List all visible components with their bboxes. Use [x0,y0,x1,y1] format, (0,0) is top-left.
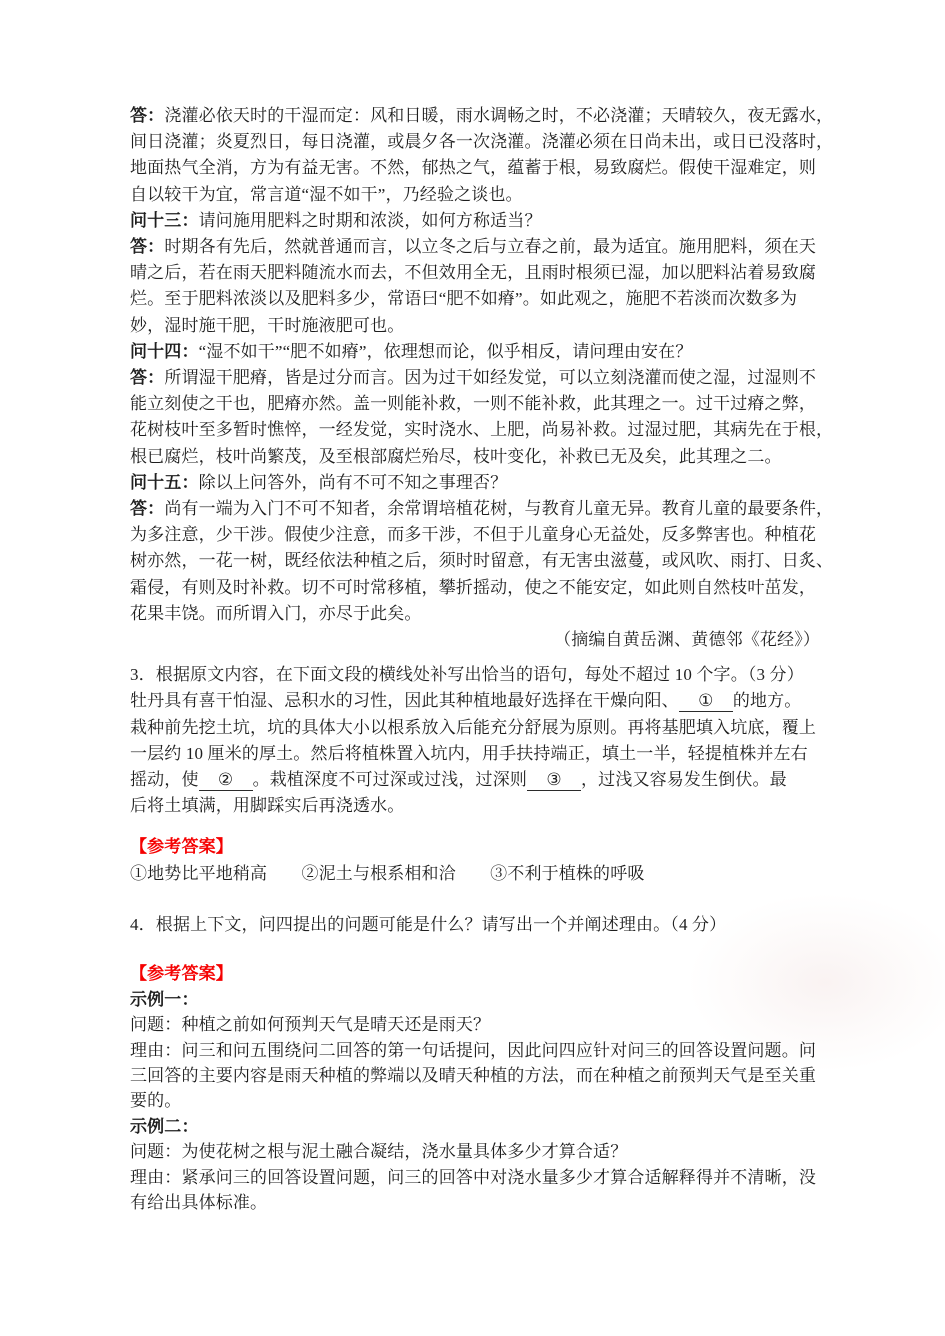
bold-label: 答： [130,368,164,387]
text-segment: 栽种前先挖土坑，坑的具体大小以根系放入后能充分舒展为原则。再将基肥填入坑底，覆上 [130,718,816,737]
document-content: 答：浇灌必依天时的干湿而定：风和日暖，雨水调畅之时，不必浇灌；天晴较久，夜无露水… [130,0,820,1215]
text-segment: 4．根据上下文，问四提出的问题可能是什么？请写出一个并阐述理由。（4 分） [130,915,726,934]
fill-in-blank-①: ① [679,691,733,712]
text-segment: 三回答的主要内容是雨天种植的弊端以及晴天种植的方法，而在种植之前预判天气是至关重 [130,1066,816,1085]
text-segment: 晴之后，若在雨天肥料随流水而去，不但效用全无，且雨时根须已湿，加以肥料沾着易致腐 [130,263,816,282]
text-segment: 所谓湿干肥瘠，皆是过分而言。因为过干如经发觉，可以立刻浇灌而使之湿，过湿则不 [164,368,816,387]
text-line: 摇动，使②。栽植深度不可过深或过浅，过深则③，过浅又容易发生倒伏。最 [130,767,820,793]
text-line: 问十五：除以上问答外，尚有不可不知之事理否？ [130,470,820,496]
text-line: 根已腐烂，枝叶尚繁茂，及至根部腐烂殆尽，枝叶变化，补救已无及矣，此其理之二。 [130,444,820,470]
text-line: 示例一： [130,987,820,1012]
text-line: 理由：紧承问三的回答设置问题，问三的回答中对浇水量多少才算合适解释得并不清晰，没 [130,1165,820,1190]
text-segment: 尚有一端为入门不可不知者，余常谓培植花树，与教育儿童无异。教育儿童的最要条件， [164,499,833,518]
text-line: 答：尚有一端为入门不可不知者，余常谓培植花树，与教育儿童无异。教育儿童的最要条件… [130,496,820,522]
text-segment: 自以较干为宜，常言道“湿不如干”，乃经验之谈也。 [130,185,523,204]
source-attribution-line: （摘编自黄岳渊、黄德邻《花经》） [130,627,820,653]
text-line: 问题：为使花树之根与泥土融合凝结，浇水量具体多少才算合适？ [130,1139,820,1164]
text-segment: 烂。至于肥料浓淡以及肥料多少，常语曰“肥不如瘠”。如此观之，施肥不若淡而次数多为 [130,289,797,308]
bold-label: 问十五： [130,473,199,492]
text-line: 有给出具体标准。 [130,1190,820,1215]
text-segment: 理由：问三和问五围绕问二回答的第一句话提问，因此问四应针对问三的回答设置问题。问 [130,1041,816,1060]
text-line: 答：时期各有先后，然就普通而言，以立冬之后与立春之前，最为适宜。施用肥料，须在天 [130,234,820,260]
text-segment: “湿不如干”“肥不如瘠”，依理想而论，似乎相反，请问理由安在？ [199,342,693,361]
text-line: 答：所谓湿干肥瘠，皆是过分而言。因为过干如经发觉，可以立刻浇灌而使之湿，过湿则不 [130,365,820,391]
passage-qa-block: 答：浇灌必依天时的干湿而定：风和日暖，雨水调畅之时，不必浇灌；天晴较久，夜无露水… [130,103,820,653]
text-segment: 根已腐烂，枝叶尚繁茂，及至根部腐烂殆尽，枝叶变化，补救已无及矣，此其理之二。 [130,447,782,466]
text-line: 树亦然，一花一树，既经依法种植之后，须时时留意，有无害虫滋蔓，或风吹、雨打、日炙… [130,548,820,574]
text-line: 烂。至于肥料浓淡以及肥料多少，常语曰“肥不如瘠”。如此观之，施肥不若淡而次数多为 [130,286,820,312]
bold-label: 示例二： [130,1117,199,1136]
bold-label: 问十三： [130,211,199,230]
reference-answer-heading: 【参考答案】 [130,964,233,983]
text-line: 问十三：请问施用肥料之时期和浓淡，如何方称适当？ [130,208,820,234]
text-segment: 后将土填满，用脚踩实后再浇透水。 [130,796,404,815]
text-line: 为多注意，少干涉。假使少注意，而多干涉，不但于儿童身心无益处，反多弊害也。种植花 [130,522,820,548]
text-line: 能立刻使之干也，肥瘠亦然。盖一则能补救，一则不能补救，此其理之一。过干过瘠之弊， [130,391,820,417]
text-segment: 有给出具体标准。 [130,1193,267,1212]
text-segment: 花树枝叶至多暂时憔悴，一经发觉，实时浇水、上肥，尚易补救。过湿过肥，其病先在于根… [130,420,833,439]
question-4-block: 4．根据上下文，问四提出的问题可能是什么？请写出一个并阐述理由。（4 分） [130,912,820,938]
text-segment: ，过浅又容易发生倒伏。最 [581,770,787,789]
text-line: 三回答的主要内容是雨天种植的弊端以及晴天种植的方法，而在种植之前预判天气是至关重 [130,1063,820,1088]
text-segment: （摘编自黄岳渊、黄德邻《花经》） [554,630,820,649]
text-segment: 请问施用肥料之时期和浓淡，如何方称适当？ [199,211,542,230]
fill-in-blank-②: ② [199,770,253,791]
text-segment: 要的。 [130,1091,181,1110]
text-segment: 问题：为使花树之根与泥土融合凝结，浇水量具体多少才算合适？ [130,1142,627,1161]
bold-label: 答： [130,237,164,256]
fill-in-blank-③: ③ [527,770,581,791]
text-segment: ①地势比平地稍高 ②泥土与根系相和洽 ③不利于植株的呼吸 [130,864,645,883]
bold-label: 问十四： [130,342,199,361]
text-segment: 浇灌必依天时的干湿而定：风和日暖，雨水调畅之时，不必浇灌；天晴较久，夜无露水， [164,106,833,125]
text-line: 【参考答案】 [130,961,820,986]
text-line: 4．根据上下文，问四提出的问题可能是什么？请写出一个并阐述理由。（4 分） [130,912,820,938]
bold-label: 示例一： [130,990,199,1009]
text-segment: 问题：种植之前如何预判天气是晴天还是雨天？ [130,1015,490,1034]
bold-label: 答： [130,499,164,518]
text-line: 间日浇灌；炎夏烈日，每日浇灌，或晨夕各一次浇灌。浇灌必须在日尚未出，或日已没落时… [130,129,820,155]
text-line: 自以较干为宜，常言道“湿不如干”，乃经验之谈也。 [130,182,820,208]
text-segment: 3．根据原文内容，在下面文段的横线处补写出恰当的语句，每处不超过 10 个字。（… [130,665,804,684]
text-segment: 霜侵，有则及时补救。切不可时常移植，攀折摇动，使之不能安定，如此则自然枝叶茁发， [130,578,816,597]
text-segment: 一层约 10 厘米的厚土。然后将植株置入坑内，用手扶持端正，填土一半，轻提植株并… [130,744,808,763]
text-segment: 能立刻使之干也，肥瘠亦然。盖一则能补救，一则不能补救，此其理之一。过干过瘠之弊， [130,394,816,413]
text-segment: 树亦然，一花一树，既经依法种植之后，须时时留意，有无害虫滋蔓，或风吹、雨打、日炙… [130,551,833,570]
text-line: 要的。 [130,1088,820,1113]
text-line: 栽种前先挖土坑，坑的具体大小以根系放入后能充分舒展为原则。再将基肥填入坑底，覆上 [130,715,820,741]
text-line: 花果丰饶。而所谓入门，亦尽于此矣。 [130,601,820,627]
text-segment: 花果丰饶。而所谓入门，亦尽于此矣。 [130,604,422,623]
text-segment: 时期各有先后，然就普通而言，以立冬之后与立春之前，最为适宜。施用肥料，须在天 [164,237,816,256]
question-3-block: 3．根据原文内容，在下面文段的横线处补写出恰当的语句，每处不超过 10 个字。（… [130,662,820,819]
bold-label: 答： [130,106,164,125]
text-line: 理由：问三和问五围绕问二回答的第一句话提问，因此问四应针对问三的回答设置问题。问 [130,1038,820,1063]
text-segment: 地面热气全消，方为有益无害。不然，郁热之气，蕴蓄于根，易致腐烂。假使干湿难定，则 [130,158,816,177]
text-segment: 摇动，使 [130,770,199,789]
reference-answer-heading: 【参考答案】 [130,837,233,856]
reference-answer-4-block: 【参考答案】示例一：问题：种植之前如何预判天气是晴天还是雨天？理由：问三和问五围… [130,961,820,1215]
text-line: 问题：种植之前如何预判天气是晴天还是雨天？ [130,1012,820,1037]
text-segment: 。栽植深度不可过深或过浅，过深则 [253,770,527,789]
text-segment: 理由：紧承问三的回答设置问题，问三的回答中对浇水量多少才算合适解释得并不清晰，没 [130,1168,816,1187]
text-segment: 妙，湿时施干肥，干时施液肥可也。 [130,316,404,335]
text-segment: 为多注意，少干涉。假使少注意，而多干涉，不但于儿童身心无益处，反多弊害也。种植花 [130,525,816,544]
text-segment: 牡丹具有喜干怕湿、忌积水的习性，因此其种植地最好选择在干燥向阳、 [130,691,679,710]
text-line: 花树枝叶至多暂时憔悴，一经发觉，实时浇水、上肥，尚易补救。过湿过肥，其病先在于根… [130,417,820,443]
text-line: 【参考答案】 [130,834,820,860]
text-line: 示例二： [130,1114,820,1139]
text-line: 一层约 10 厘米的厚土。然后将植株置入坑内，用手扶持端正，填土一半，轻提植株并… [130,741,820,767]
text-line: 问十四：“湿不如干”“肥不如瘠”，依理想而论，似乎相反，请问理由安在？ [130,339,820,365]
reference-answer-3-block: 【参考答案】①地势比平地稍高 ②泥土与根系相和洽 ③不利于植株的呼吸 [130,834,820,887]
text-line: 霜侵，有则及时补救。切不可时常移植，攀折摇动，使之不能安定，如此则自然枝叶茁发， [130,575,820,601]
text-line: 牡丹具有喜干怕湿、忌积水的习性，因此其种植地最好选择在干燥向阳、①的地方。 [130,688,820,714]
text-line: 妙，湿时施干肥，干时施液肥可也。 [130,313,820,339]
text-segment: 间日浇灌；炎夏烈日，每日浇灌，或晨夕各一次浇灌。浇灌必须在日尚未出，或日已没落时… [130,132,833,151]
text-segment: 的地方。 [733,691,802,710]
text-line: 3．根据原文内容，在下面文段的横线处补写出恰当的语句，每处不超过 10 个字。（… [130,662,820,688]
document-page: 答：浇灌必依天时的干湿而定：风和日暖，雨水调畅之时，不必浇灌；天晴较久，夜无露水… [0,0,945,1336]
text-line: 地面热气全消，方为有益无害。不然，郁热之气，蕴蓄于根，易致腐烂。假使干湿难定，则 [130,155,820,181]
text-line: 后将土填满，用脚踩实后再浇透水。 [130,793,820,819]
text-segment: 除以上问答外，尚有不可不知之事理否？ [199,473,508,492]
text-line: 晴之后，若在雨天肥料随流水而去，不但效用全无，且雨时根须已湿，加以肥料沾着易致腐 [130,260,820,286]
text-line: ①地势比平地稍高 ②泥土与根系相和洽 ③不利于植株的呼吸 [130,861,820,887]
text-line: 答：浇灌必依天时的干湿而定：风和日暖，雨水调畅之时，不必浇灌；天晴较久，夜无露水… [130,103,820,129]
